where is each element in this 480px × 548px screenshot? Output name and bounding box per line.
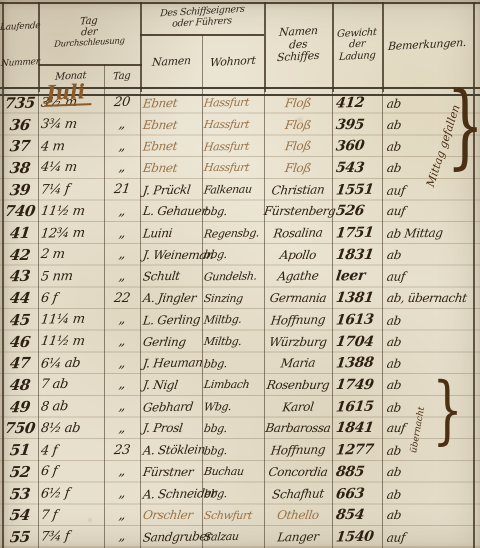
lock-time-cell: 7 ab [37, 377, 105, 392]
serial-header-line1: Laufende [0, 21, 40, 33]
day-cell: 21 [103, 182, 141, 198]
ship-name-cell: Agathe [263, 269, 333, 284]
lock-time-cell: 6½ f [37, 485, 105, 501]
owner-name-cell: Ebnet [139, 118, 203, 132]
owner-name-cell: Ebnet [139, 95, 203, 110]
subheader-owner-name: Namen [140, 34, 202, 90]
residence-cell: Falkenau [201, 183, 265, 197]
lock-time-cell: 7¼ f [37, 181, 105, 197]
lock-time-cell: 6 f [37, 291, 105, 306]
owner-name-cell: J. Weineman [139, 248, 203, 262]
serial-number-cell: 47 [1, 354, 39, 373]
residence-cell: Buchau [201, 465, 265, 478]
lock-time-cell: 12¾ m [37, 225, 105, 241]
residence-cell: Sinzing [201, 292, 265, 305]
owner-name-cell: Schult [139, 269, 203, 284]
owner-name-cell: Orschler [139, 508, 203, 522]
owner-name-cell: Luini [139, 225, 203, 240]
cargo-weight-cell: 412 [331, 94, 383, 111]
serial-number-cell: 44 [1, 289, 40, 307]
owner-name-cell: L. Gehauer [139, 204, 203, 218]
serial-number-cell: 55 [1, 528, 39, 547]
day-cell: „ [103, 421, 141, 436]
residence-cell: bbg. [201, 356, 265, 370]
day-cell: „ [103, 269, 141, 285]
serial-header-line2: Nummer [0, 57, 39, 69]
remark-cell: auf [381, 204, 474, 218]
cargo-weight-cell: 1551 [331, 181, 383, 198]
day-cell: 20 [103, 95, 141, 111]
lock-time-cell: 11¼ m [37, 312, 105, 328]
annotation-text: übernacht [409, 406, 427, 454]
serial-number-cell: 750 [1, 419, 40, 437]
cargo-weight-cell: 854 [331, 507, 383, 523]
subheader-day: Tag [104, 64, 140, 90]
residence-cell: Wbg. [201, 400, 265, 414]
lock-time-cell: 8 ab [37, 398, 105, 414]
remark-cell: ab [381, 508, 474, 522]
remark-cell: ab [381, 465, 474, 479]
day-cell: „ [103, 334, 141, 349]
serial-number-cell: 49 [1, 397, 39, 416]
ledger-row: 43 5 nm „ Schult Gundelsh. Agathe leer a… [2, 266, 473, 288]
lock-time-cell: 11½ m [37, 204, 105, 219]
lock-time-cell: 4 f [37, 442, 105, 458]
ship-name-cell: Floß [263, 139, 333, 154]
remark-cell: auf [381, 269, 474, 285]
residence-cell: Hassfurt [201, 96, 265, 110]
day-group-line3: Durchschleusung [53, 37, 124, 51]
ship-name-cell: Floß [263, 95, 333, 110]
owner-name-cell: A. Stöklein [139, 442, 203, 457]
ledger-row: 47 6¼ ab „ J. Heuman bbg. Maria 1388 ab [2, 352, 473, 374]
cargo-weight-cell: 360 [331, 138, 383, 155]
subheader-residence: Wohnort [202, 34, 264, 90]
brace-mark: } [432, 370, 463, 450]
ship-name-cell: Maria [263, 356, 333, 371]
residence-cell: bbg. [201, 443, 265, 457]
lock-time-cell: 8½ ab [37, 421, 105, 436]
residence-cell: Gundelsh. [201, 269, 265, 283]
cargo-weight-cell: 1751 [331, 225, 383, 242]
owner-name-cell: Gebhard [139, 399, 203, 414]
serial-number-cell: 46 [1, 333, 40, 351]
day-cell: „ [103, 204, 141, 219]
owner-name-cell: J. Heuman [139, 356, 203, 371]
cargo-weight-cell: 1613 [331, 311, 383, 328]
column-header-owner-group: Des Schiffseigners oder Führers [140, 2, 264, 34]
ship-name-cell: Floß [263, 118, 333, 132]
remark-cell: ab [381, 248, 474, 262]
cargo-weight-cell: 526 [331, 203, 383, 219]
residence-cell: bbg. [201, 486, 265, 500]
ship-name-cell: Christian [263, 182, 333, 197]
serial-number-cell: 37 [1, 137, 39, 156]
day-cell: „ [103, 117, 141, 132]
cargo-weight-cell: 1704 [331, 334, 383, 350]
serial-number-cell: 54 [1, 506, 40, 524]
ship-name-cell: Hoffnung [263, 312, 333, 327]
cargo-weight-cell: 663 [331, 485, 383, 502]
margin-annotation-top: Mittag gefallen } [400, 92, 478, 192]
owner-group-line2: oder Führers [172, 16, 232, 30]
lock-time-cell: 3¾ m [37, 117, 105, 132]
ledger-page: Laufende Nummer Tag der Durchschleusung … [0, 0, 480, 548]
day-cell: „ [103, 355, 141, 371]
ship-name-cell: Othello [263, 508, 333, 522]
owner-name-cell: J. Nigl [139, 378, 203, 392]
ship-header-line3: Schiffes [277, 50, 320, 65]
day-cell: „ [103, 138, 141, 154]
serial-number-cell: 43 [1, 267, 39, 286]
ledger-row: 55 7¾ f „ Sandgruber Salzau Langer 1540 … [2, 526, 473, 548]
serial-number-cell: 45 [1, 311, 39, 330]
cargo-weight-cell: 1749 [331, 377, 383, 393]
serial-number-cell: 53 [1, 484, 39, 503]
ledger-row: 53 6½ f „ A. Schneider bbg. Schafhut 663… [2, 483, 473, 505]
ledger-row: 52 6 f „ Fürstner Buchau Concordia 885 a… [2, 461, 473, 483]
owner-name-cell: Gerling [139, 335, 203, 349]
owner-name-cell: A. Jingler [139, 291, 203, 305]
cargo-weight-cell: 1615 [331, 398, 383, 415]
owner-name-cell: L. Gerling [139, 312, 203, 327]
residence-cell: Salzau [201, 530, 265, 544]
column-header-weight: Gewicht der Ladung [332, 2, 382, 88]
remark-cell: auf [381, 529, 474, 545]
cargo-weight-cell: 1540 [331, 528, 383, 545]
day-cell: 23 [103, 442, 141, 458]
lock-time-cell: 6¼ ab [37, 355, 105, 371]
day-cell: „ [103, 529, 141, 545]
day-cell: 22 [103, 291, 141, 306]
day-cell: „ [103, 508, 141, 523]
ledger-row: 42 2 m „ J. Weineman bbg. Apollo 1831 ab [2, 244, 473, 266]
serial-number-cell: 735 [1, 93, 39, 112]
owner-name-cell: A. Schneider [139, 486, 203, 501]
ship-name-cell: Rosenburg [263, 378, 333, 392]
cargo-weight-cell: 395 [331, 117, 383, 133]
remark-cell: ab [381, 312, 474, 328]
owner-name-cell: Ebnet [139, 139, 203, 154]
owner-name-cell: Sandgruber [139, 529, 203, 544]
ledger-row: 46 11½ m „ Gerling Miltbg. Würzburg 1704… [2, 331, 473, 353]
serial-number-cell: 48 [1, 376, 40, 394]
day-cell: „ [103, 160, 141, 175]
residence-cell: Hassfurt [201, 118, 265, 131]
residence-cell: bbg. [201, 205, 265, 218]
owner-name-cell: Fürstner [139, 465, 203, 479]
ledger-row: 45 11¼ m „ L. Gerling Miltbg. Hoffnung 1… [2, 309, 473, 331]
ship-name-cell: Barbarossa [263, 421, 333, 435]
remark-cell: ab [381, 335, 474, 349]
ship-name-cell: Schafhut [263, 486, 333, 501]
ship-name-cell: Germania [263, 291, 333, 305]
ship-name-cell: Apollo [263, 248, 333, 262]
cargo-weight-cell: leer [331, 268, 383, 285]
residence-cell: Limbach [201, 378, 265, 391]
day-cell: „ [103, 486, 141, 502]
serial-number-cell: 740 [1, 202, 40, 220]
ledger-row: 44 6 f 22 A. Jingler Sinzing Germania 13… [2, 287, 473, 309]
ledger-row: 41 12¾ m „ Luini Regensbg. Rosalina 1751… [2, 222, 473, 244]
ship-name-cell: Langer [263, 529, 333, 544]
residence-cell: bbg. [201, 422, 265, 435]
lock-time-cell: 7¾ f [37, 529, 105, 545]
residence-cell: Regensbg. [201, 226, 265, 240]
cargo-weight-cell: 1277 [331, 442, 383, 459]
remark-cell: ab [381, 486, 474, 502]
serial-number-cell: 42 [1, 246, 40, 264]
lock-time-cell: 7 f [37, 508, 105, 523]
residence-cell: Hassfurt [201, 161, 265, 174]
ship-name-cell: Concordia [263, 465, 333, 479]
lock-time-cell: 5 nm [37, 268, 105, 284]
lock-time-cell: 2 m [37, 247, 105, 262]
ship-name-cell: Rosalina [263, 225, 333, 240]
owner-name-cell: Ebnet [139, 161, 203, 175]
serial-number-cell: 39 [1, 180, 39, 199]
column-header-day-group: Tag der Durchschleusung [38, 2, 140, 62]
lock-time-cell: 11½ m [37, 334, 105, 349]
ship-name-cell: Karol [263, 399, 333, 414]
cargo-weight-cell: 543 [331, 160, 383, 176]
remark-cell: ab, übernacht [381, 291, 474, 305]
residence-cell: Hassfurt [201, 139, 265, 153]
ship-name-cell: Floß [263, 161, 333, 175]
residence-cell: Miltbg. [201, 335, 265, 348]
serial-number-cell: 36 [1, 116, 40, 134]
lock-time-cell: 6 f [37, 464, 105, 479]
ledger-row: 740 11½ m „ L. Gehauer bbg. Fürstenberg … [2, 201, 473, 223]
ship-name-cell: Hoffnung [263, 442, 333, 457]
brace-mark: } [446, 76, 480, 176]
serial-number-cell: 51 [1, 441, 39, 460]
day-cell: „ [103, 247, 141, 262]
ship-name-cell: Fürstenberg [263, 204, 333, 218]
column-header-serial: Laufende Nummer [2, 2, 38, 88]
residence-cell: Schwfurt [201, 509, 265, 522]
ship-name-cell: Würzburg [263, 335, 333, 349]
serial-number-cell: 38 [1, 159, 40, 177]
lock-time-cell: 4 m [37, 138, 105, 154]
ledger-row: 54 7 f „ Orschler Schwfurt Othello 854 a… [2, 504, 473, 526]
cargo-weight-cell: 885 [331, 464, 383, 480]
owner-name-cell: J. Prückl [139, 182, 203, 197]
weight-header-line2: der [349, 39, 366, 51]
residence-cell: Miltbg. [201, 313, 265, 327]
day-cell: „ [103, 399, 141, 415]
weight-header-line3: Ladung [338, 50, 375, 63]
column-header-ship: Namen des Schiffes [264, 2, 332, 88]
remark-cell: ab Mittag [381, 225, 474, 241]
day-cell: „ [103, 225, 141, 241]
month-label: Juli [44, 79, 92, 107]
serial-number-cell: 52 [1, 463, 40, 481]
owner-name-cell: J. Prosl [139, 421, 203, 435]
day-cell: „ [103, 464, 141, 479]
cargo-weight-cell: 1381 [331, 290, 383, 306]
day-cell: „ [103, 312, 141, 328]
lock-time-cell: 4¼ m [37, 160, 105, 175]
cargo-weight-cell: 1831 [331, 247, 383, 263]
serial-number-cell: 41 [1, 224, 39, 243]
day-cell: „ [103, 377, 141, 392]
cargo-weight-cell: 1388 [331, 355, 383, 372]
margin-annotation-bottom: übernacht } [398, 382, 468, 462]
cargo-weight-cell: 1841 [331, 420, 383, 436]
residence-cell: bbg. [201, 248, 265, 261]
